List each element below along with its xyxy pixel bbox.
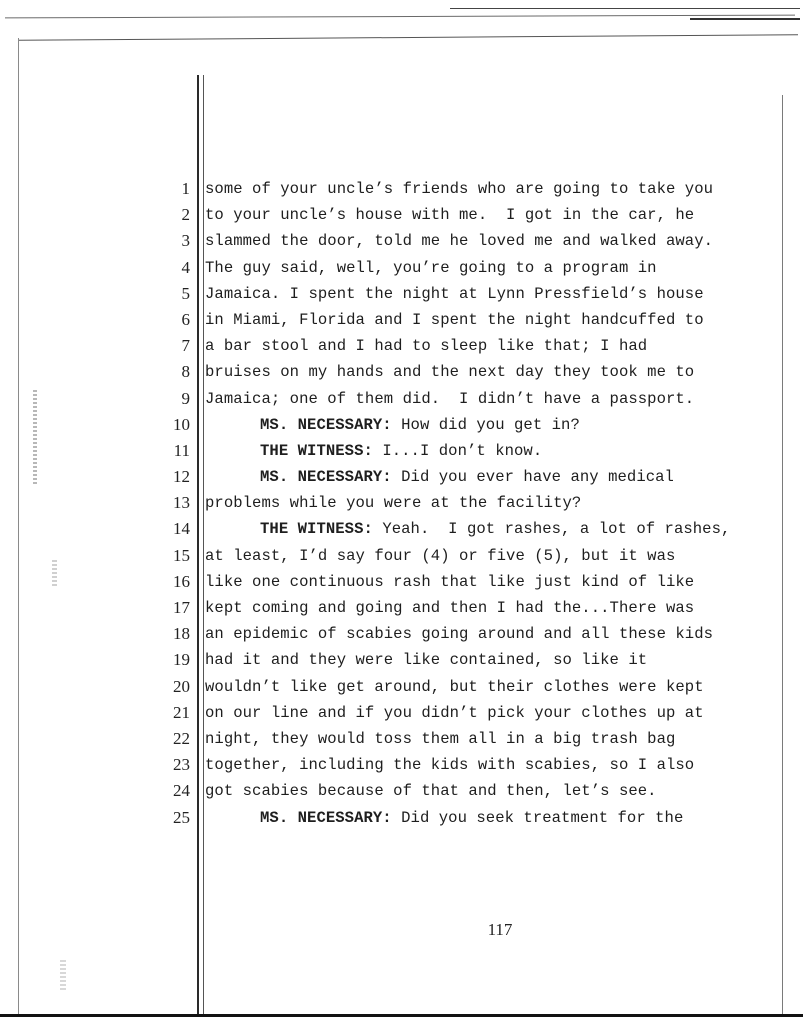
- line-text: a bar stool and I had to sleep like that…: [205, 333, 647, 359]
- line-text: an epidemic of scabies going around and …: [205, 621, 713, 647]
- line-content: kept coming and going and then I had the…: [205, 599, 694, 617]
- line-content: bruises on my hands and the next day the…: [205, 363, 694, 381]
- line-number: 17: [160, 595, 190, 621]
- page-number: 117: [470, 920, 530, 940]
- line-text: Jamaica; one of them did. I didn’t have …: [205, 386, 694, 412]
- transcript-line: 4The guy said, well, you’re going to a p…: [0, 255, 803, 281]
- line-text: THE WITNESS: Yeah. I got rashes, a lot o…: [260, 516, 730, 542]
- line-content: Jamaica; one of them did. I didn’t have …: [205, 390, 694, 408]
- line-text: Jamaica. I spent the night at Lynn Press…: [205, 281, 704, 307]
- transcript-line: 12MS. NECESSARY: Did you ever have any m…: [0, 464, 803, 490]
- line-number: 3: [160, 228, 190, 254]
- transcript-line: 23together, including the kids with scab…: [0, 752, 803, 778]
- line-content: together, including the kids with scabie…: [205, 756, 694, 774]
- line-text: MS. NECESSARY: How did you get in?: [260, 412, 580, 438]
- line-number: 13: [160, 490, 190, 516]
- line-content: wouldn’t like get around, but their clot…: [205, 678, 704, 696]
- line-number: 23: [160, 752, 190, 778]
- line-content: I...I don’t know.: [373, 442, 542, 460]
- line-number: 9: [160, 386, 190, 412]
- line-text: had it and they were like contained, so …: [205, 647, 647, 673]
- line-number: 6: [160, 307, 190, 333]
- transcript-line: 8bruises on my hands and the next day th…: [0, 359, 803, 385]
- line-content: on our line and if you didn’t pick your …: [205, 704, 704, 722]
- transcript-line: 24got scabies because of that and then, …: [0, 778, 803, 804]
- line-number: 1: [160, 176, 190, 202]
- transcript-line: 17kept coming and going and then I had t…: [0, 595, 803, 621]
- transcript-line: 13problems while you were at the facilit…: [0, 490, 803, 516]
- line-content: to your uncle’s house with me. I got in …: [205, 206, 694, 224]
- line-content: problems while you were at the facility?: [205, 494, 581, 512]
- line-content: How did you get in?: [392, 416, 580, 434]
- transcript-line: 9Jamaica; one of them did. I didn’t have…: [0, 386, 803, 412]
- line-text: problems while you were at the facility?: [205, 490, 581, 516]
- speaker-label: MS. NECESSARY:: [260, 468, 392, 486]
- line-number: 19: [160, 647, 190, 673]
- line-text: together, including the kids with scabie…: [205, 752, 694, 778]
- line-text: like one continuous rash that like just …: [205, 569, 694, 595]
- line-content: Did you ever have any medical: [392, 468, 674, 486]
- line-number: 21: [160, 700, 190, 726]
- scan-artifact-top-line: [5, 15, 795, 19]
- line-text: slammed the door, told me he loved me an…: [205, 228, 713, 254]
- line-content: Jamaica. I spent the night at Lynn Press…: [205, 285, 704, 303]
- line-content: The guy said, well, you’re going to a pr…: [205, 259, 657, 277]
- line-number: 8: [160, 359, 190, 385]
- transcript-line: 20wouldn’t like get around, but their cl…: [0, 674, 803, 700]
- line-number: 15: [160, 543, 190, 569]
- transcript-line: 6in Miami, Florida and I spent the night…: [0, 307, 803, 333]
- line-text: some of your uncle’s friends who are goi…: [205, 176, 713, 202]
- line-number: 18: [160, 621, 190, 647]
- line-content: an epidemic of scabies going around and …: [205, 625, 713, 643]
- line-number: 7: [160, 333, 190, 359]
- line-text: to your uncle’s house with me. I got in …: [205, 202, 694, 228]
- line-number: 10: [160, 412, 190, 438]
- line-number: 5: [160, 281, 190, 307]
- line-content: had it and they were like contained, so …: [205, 651, 647, 669]
- line-text: The guy said, well, you’re going to a pr…: [205, 255, 657, 281]
- line-number: 4: [160, 255, 190, 281]
- line-content: at least, I’d say four (4) or five (5), …: [205, 547, 675, 565]
- transcript-line: 18an epidemic of scabies going around an…: [0, 621, 803, 647]
- line-number: 22: [160, 726, 190, 752]
- speaker-label: THE WITNESS:: [260, 520, 373, 538]
- line-number: 25: [160, 805, 190, 831]
- line-content: slammed the door, told me he loved me an…: [205, 232, 713, 250]
- line-text: at least, I’d say four (4) or five (5), …: [205, 543, 675, 569]
- speaker-label: MS. NECESSARY:: [260, 416, 392, 434]
- line-text: MS. NECESSARY: Did you seek treatment fo…: [260, 805, 683, 831]
- line-content: some of your uncle’s friends who are goi…: [205, 180, 713, 198]
- line-text: bruises on my hands and the next day the…: [205, 359, 694, 385]
- line-content: like one continuous rash that like just …: [205, 573, 694, 591]
- transcript-line: 19had it and they were like contained, s…: [0, 647, 803, 673]
- line-content: Yeah. I got rashes, a lot of rashes,: [373, 520, 731, 538]
- transcript-line: 22night, they would toss them all in a b…: [0, 726, 803, 752]
- line-text: on our line and if you didn’t pick your …: [205, 700, 704, 726]
- scan-artifact-top-line-4: [690, 18, 800, 20]
- line-number: 2: [160, 202, 190, 228]
- transcript-line: 10MS. NECESSARY: How did you get in?: [0, 412, 803, 438]
- scan-artifact-left-blob-2: [60, 960, 66, 990]
- transcript-line: 21on our line and if you didn’t pick you…: [0, 700, 803, 726]
- transcript-line: 25MS. NECESSARY: Did you seek treatment …: [0, 805, 803, 831]
- transcript-body: 1some of your uncle’s friends who are go…: [0, 176, 803, 831]
- line-text: MS. NECESSARY: Did you ever have any med…: [260, 464, 674, 490]
- transcript-line: 1some of your uncle’s friends who are go…: [0, 176, 803, 202]
- line-number: 11: [160, 438, 190, 464]
- line-content: got scabies because of that and then, le…: [205, 782, 657, 800]
- scan-artifact-top-line-3: [18, 34, 798, 40]
- line-text: THE WITNESS: I...I don’t know.: [260, 438, 542, 464]
- line-content: Did you seek treatment for the: [392, 809, 684, 827]
- line-text: got scabies because of that and then, le…: [205, 778, 657, 804]
- transcript-line: 16like one continuous rash that like jus…: [0, 569, 803, 595]
- line-number: 16: [160, 569, 190, 595]
- line-text: night, they would toss them all in a big…: [205, 726, 675, 752]
- scan-artifact-top-line-2: [450, 8, 800, 9]
- speaker-label: THE WITNESS:: [260, 442, 373, 460]
- line-number: 14: [160, 516, 190, 542]
- line-content: in Miami, Florida and I spent the night …: [205, 311, 704, 329]
- speaker-label: MS. NECESSARY:: [260, 809, 392, 827]
- line-number: 24: [160, 778, 190, 804]
- transcript-line: 15at least, I’d say four (4) or five (5)…: [0, 543, 803, 569]
- transcript-line: 7a bar stool and I had to sleep like tha…: [0, 333, 803, 359]
- transcript-line: 3slammed the door, told me he loved me a…: [0, 228, 803, 254]
- line-number: 12: [160, 464, 190, 490]
- transcript-line: 5Jamaica. I spent the night at Lynn Pres…: [0, 281, 803, 307]
- transcript-line: 2to your uncle’s house with me. I got in…: [0, 202, 803, 228]
- line-text: kept coming and going and then I had the…: [205, 595, 694, 621]
- line-content: night, they would toss them all in a big…: [205, 730, 675, 748]
- line-content: a bar stool and I had to sleep like that…: [205, 337, 647, 355]
- line-text: wouldn’t like get around, but their clot…: [205, 674, 704, 700]
- transcript-line: 11THE WITNESS: I...I don’t know.: [0, 438, 803, 464]
- line-number: 20: [160, 674, 190, 700]
- transcript-line: 14THE WITNESS: Yeah. I got rashes, a lot…: [0, 516, 803, 542]
- line-text: in Miami, Florida and I spent the night …: [205, 307, 704, 333]
